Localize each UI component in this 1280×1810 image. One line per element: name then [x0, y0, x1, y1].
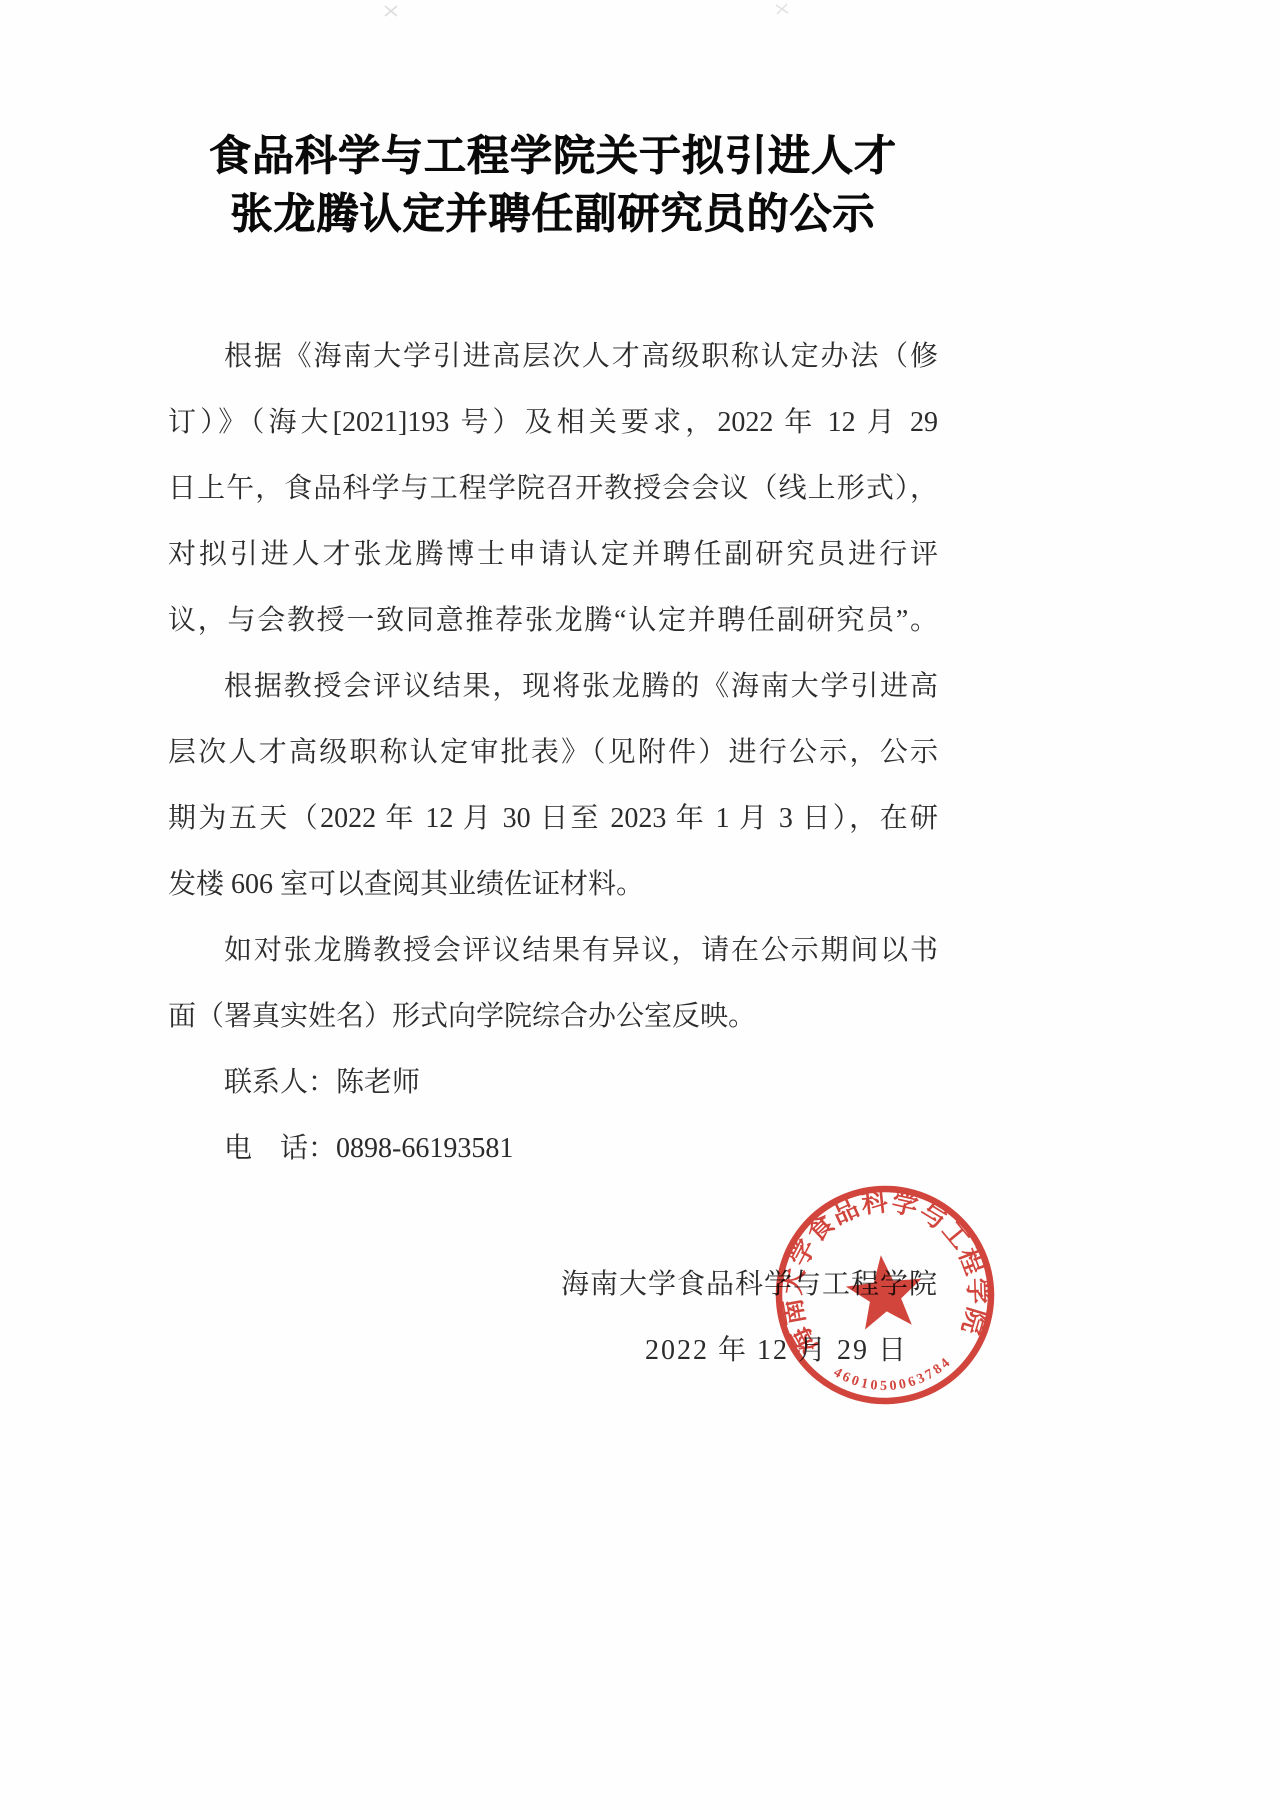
- text-line: 日上午，食品科学与工程学院召开教授会会议（线上形式），: [168, 456, 938, 522]
- paragraph-2: 根据教授会评议结果，现将张龙腾的《海南大学引进高 层次人才高级职称认定审批表》（…: [168, 654, 938, 918]
- title-line-1: 食品科学与工程学院关于拟引进人才: [168, 128, 938, 186]
- signature-date-line: 2022 年 12 月 29 日: [168, 1318, 938, 1384]
- document-page: 食品科学与工程学院关于拟引进人才 张龙腾认定并聘任副研究员的公示 根据《海南大学…: [0, 0, 1280, 1810]
- text-line: 根据《海南大学引进高层次人才高级职称认定办法（修: [168, 324, 938, 390]
- text-line: 发楼 606 室可以查阅其业绩佐证材料。: [168, 852, 938, 918]
- text-line: 如对张龙腾教授会评议结果有异议，请在公示期间以书: [168, 918, 938, 984]
- text-line: 对拟引进人才张龙腾博士申请认定并聘任副研究员进行评: [168, 522, 938, 588]
- contact-phone-line: 电 话：0898-66193581: [168, 1116, 938, 1182]
- paragraph-3: 如对张龙腾教授会评议结果有异议，请在公示期间以书 面（署真实姓名）形式向学院综合…: [168, 918, 938, 1050]
- content-column: 食品科学与工程学院关于拟引进人才 张龙腾认定并聘任副研究员的公示 根据《海南大学…: [168, 0, 938, 1384]
- document-title: 食品科学与工程学院关于拟引进人才 张龙腾认定并聘任副研究员的公示: [168, 128, 938, 244]
- text-line: 层次人才高级职称认定审批表》（见附件）进行公示，公示: [168, 720, 938, 786]
- document-body: 根据《海南大学引进高层次人才高级职称认定办法（修 订）》（海大[2021]193…: [168, 324, 938, 1182]
- text-line: 期为五天（2022 年 12 月 30 日至 2023 年 1 月 3 日），在…: [168, 786, 938, 852]
- signature-block: 海南大学食品科学与工程学院 2022 年 12 月 29 日: [168, 1252, 938, 1384]
- text-line: 面（署真实姓名）形式向学院综合办公室反映。: [168, 984, 938, 1050]
- text-line: 订）》（海大[2021]193 号）及相关要求，2022 年 12 月 29: [168, 390, 938, 456]
- paragraph-1: 根据《海南大学引进高层次人才高级职称认定办法（修 订）》（海大[2021]193…: [168, 324, 938, 654]
- signature-org-line: 海南大学食品科学与工程学院: [168, 1252, 938, 1318]
- text-line: 议，与会教授一致同意推荐张龙腾“认定并聘任副研究员”。: [168, 588, 938, 654]
- title-line-2: 张龙腾认定并聘任副研究员的公示: [168, 186, 938, 244]
- text-line: 根据教授会评议结果，现将张龙腾的《海南大学引进高: [168, 654, 938, 720]
- contact-person-line: 联系人：陈老师: [168, 1050, 938, 1116]
